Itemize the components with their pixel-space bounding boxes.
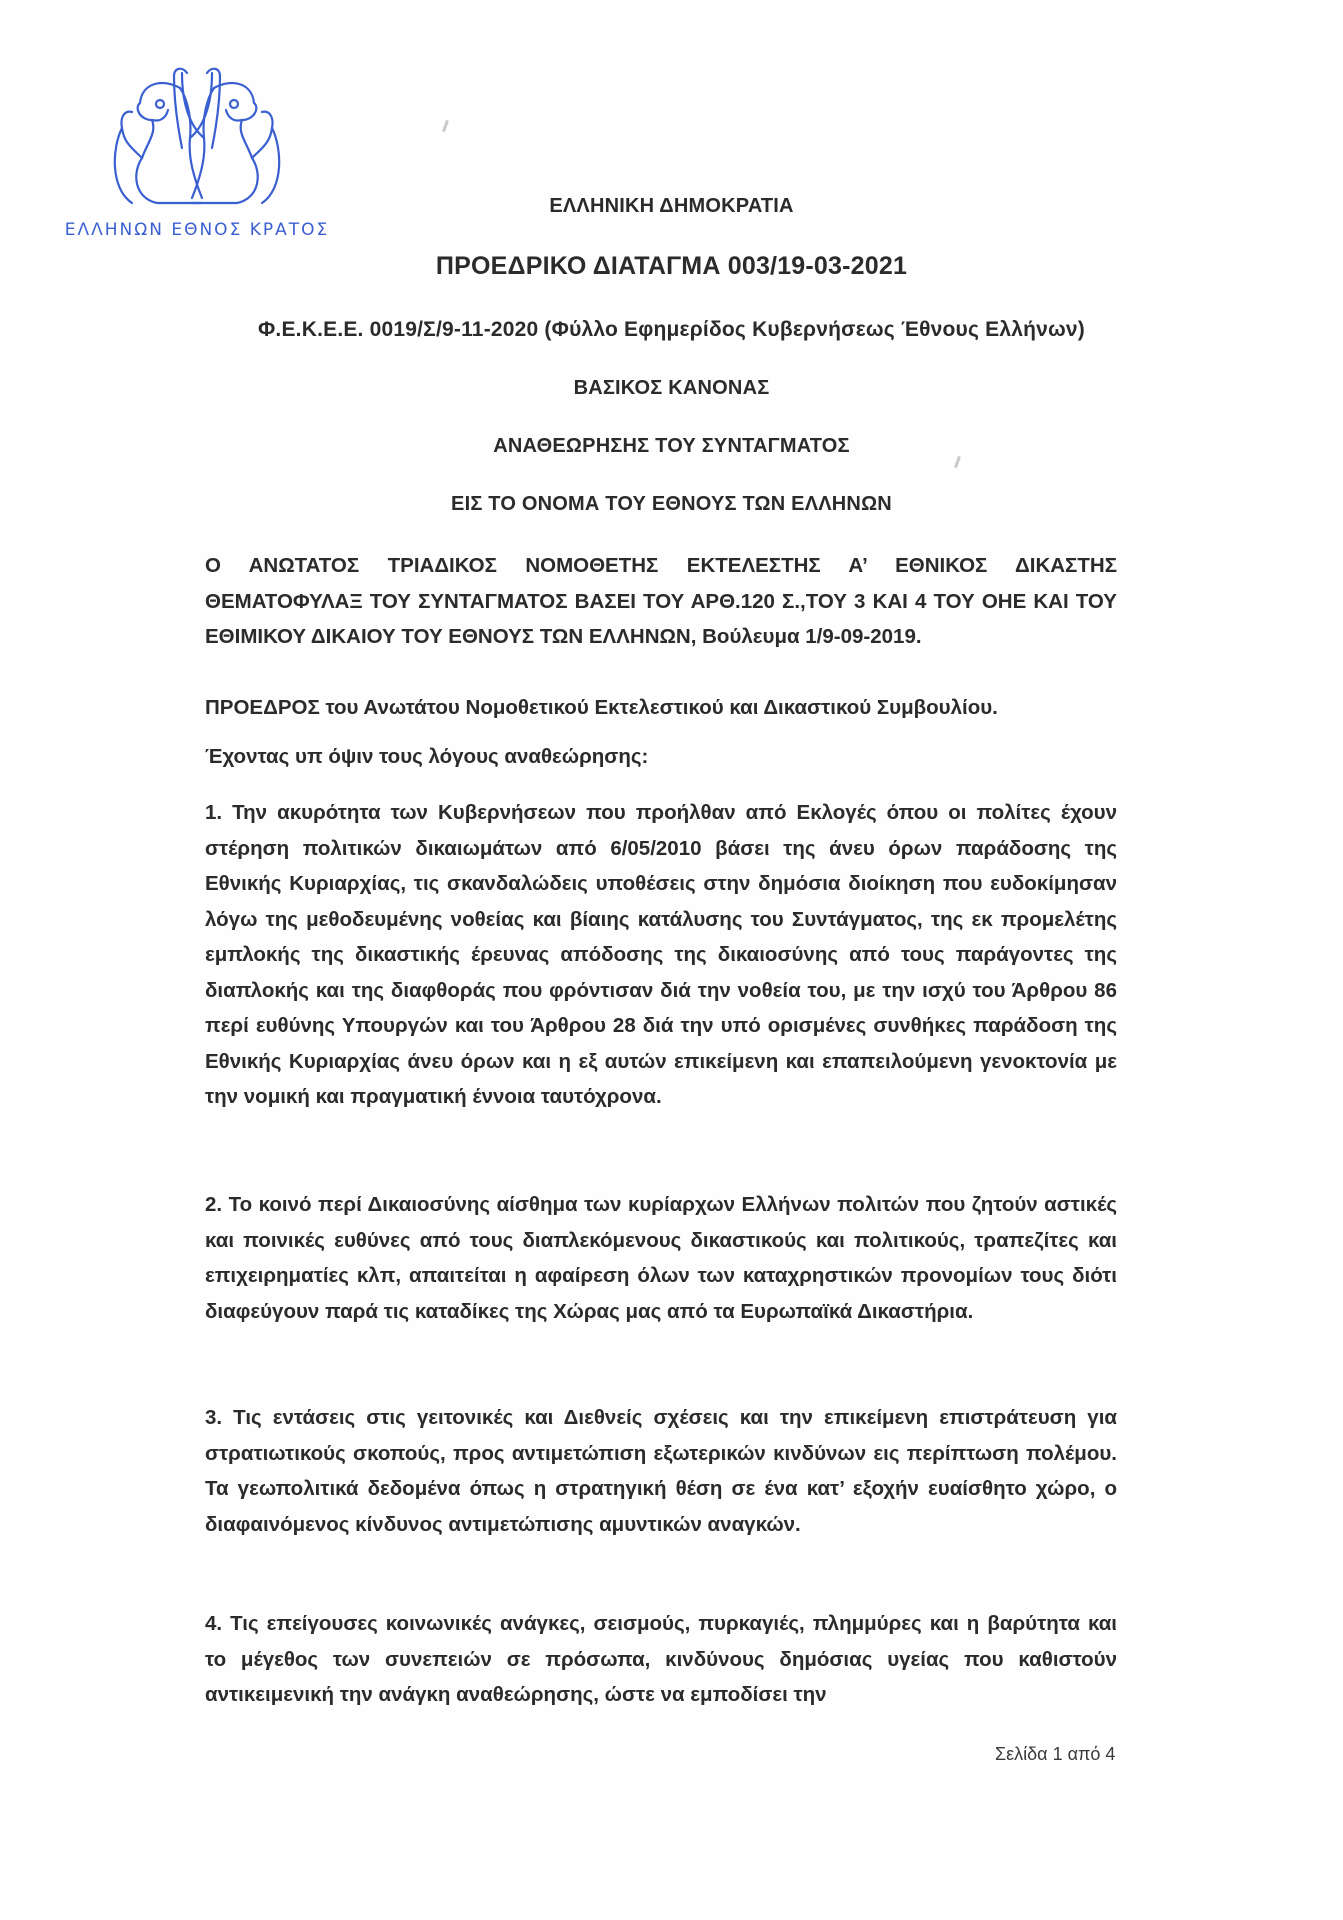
reason-4: 4. Τις επείγουσες κοινωνικές ανάγκες, σε… xyxy=(205,1606,1117,1713)
republic-heading: ΕΛΛΗΝΙΚΗ ΔΗΜΟΚΡΑΤΙΑ xyxy=(0,195,1343,218)
in-the-name-heading: ΕΙΣ ΤΟ ΟΝΟΜΑ ΤΟΥ ΕΘΝΟΥΣ ΤΩΝ ΕΛΛΗΝΩΝ xyxy=(0,493,1343,516)
scan-speck xyxy=(442,120,449,132)
basic-rule-heading: ΒΑΣΙΚΟΣ ΚΑΝΟΝΑΣ xyxy=(0,377,1343,400)
reason-text: 4. Τις επείγουσες κοινωνικές ανάγκες, σε… xyxy=(205,1606,1117,1713)
emblem-caption: ΕΛΛΗΝΩΝ ΕΘΝΟΣ ΚΡΑΤΟΣ xyxy=(62,220,332,240)
twin-lions-icon xyxy=(62,48,332,218)
preamble: Ο ΑΝΩΤΑΤΟΣ ΤΡΙΑΔΙΚΟΣ ΝΟΜΟΘΕΤΗΣ ΕΚΤΕΛΕΣΤΗ… xyxy=(205,548,1117,655)
reason-text: 1. Την ακυρότητα των Κυβερνήσεων που προ… xyxy=(205,795,1117,1115)
reason-1: 1. Την ακυρότητα των Κυβερνήσεων που προ… xyxy=(205,795,1117,1115)
decree-title: ΠΡΟΕΔΡΙΚΟ ΔΙΑΤΑΓΜΑ 003/19-03-2021 xyxy=(0,252,1343,281)
reason-text: 3. Τις εντάσεις στις γειτονικές και Διεθ… xyxy=(205,1400,1117,1542)
president-text: ΠΡΟΕΔΡΟΣ του Ανωτάτου Νομοθετικού Εκτελε… xyxy=(205,690,1117,726)
document-page: ΕΛΛΗΝΩΝ ΕΘΝΟΣ ΚΡΑΤΟΣ ΕΛΛΗΝΙΚΗ ΔΗΜΟΚΡΑΤΙΑ… xyxy=(0,0,1343,1920)
revision-heading: ΑΝΑΘΕΩΡΗΣΗΣ ΤΟΥ ΣΥΝΤΑΓΜΑΤΟΣ xyxy=(0,435,1343,458)
reason-2: 2. Το κοινό περί Δικαιοσύνης αίσθημα των… xyxy=(205,1187,1117,1329)
gazette-reference: Φ.Ε.Κ.Ε.Ε. 0019/Σ/9-11-2020 (Φύλλο Εφημε… xyxy=(0,318,1343,342)
president-line: ΠΡΟΕΔΡΟΣ του Ανωτάτου Νομοθετικού Εκτελε… xyxy=(205,690,1117,726)
reason-3: 3. Τις εντάσεις στις γειτονικές και Διεθ… xyxy=(205,1400,1117,1542)
emblem: ΕΛΛΗΝΩΝ ΕΘΝΟΣ ΚΡΑΤΟΣ xyxy=(62,48,332,248)
page-number: Σελίδα 1 από 4 xyxy=(995,1744,1115,1765)
considering-line: Έχοντας υπ όψιν τους λόγους αναθεώρησης: xyxy=(205,739,1117,775)
reason-text: 2. Το κοινό περί Δικαιοσύνης αίσθημα των… xyxy=(205,1187,1117,1329)
considering-text: Έχοντας υπ όψιν τους λόγους αναθεώρησης: xyxy=(205,739,1117,775)
preamble-text: Ο ΑΝΩΤΑΤΟΣ ΤΡΙΑΔΙΚΟΣ ΝΟΜΟΘΕΤΗΣ ΕΚΤΕΛΕΣΤΗ… xyxy=(205,548,1117,655)
